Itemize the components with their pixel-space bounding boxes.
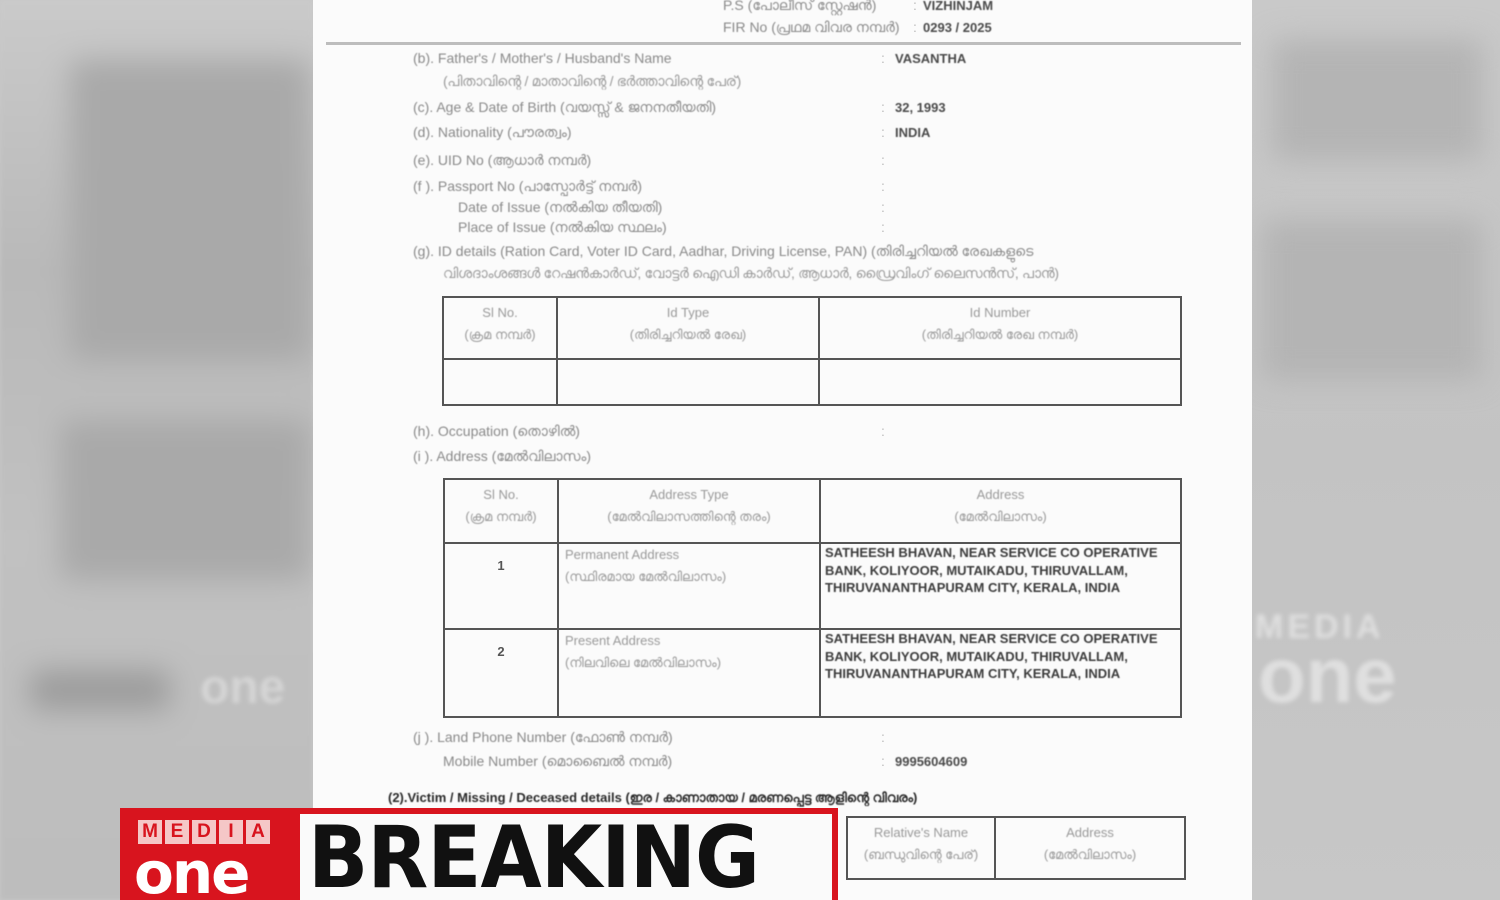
field-mobile-label: Mobile Number (മൊബൈൽ നമ്പർ) <box>443 753 672 770</box>
breaking-label-box: BREAKING <box>300 814 832 900</box>
section-2-title: (2).Victim / Missing / Deceased details … <box>388 790 917 806</box>
table-row <box>443 359 1181 405</box>
field-passport-label: (f ). Passport No (പാസ്പോർട്ട് നമ്പർ) <box>413 178 642 195</box>
address-table-header-address: Address(മേൽവിലാസം) <box>821 480 1180 528</box>
relative-table: Relative's Name(ബന്ധുവിന്റെ പേര്) Addres… <box>846 816 1186 880</box>
field-address-label: (i ). Address (മേൽവിലാസം) <box>413 448 591 465</box>
field-age-label: (c). Age & Date of Birth (വയസ്സ് & ജനനതീ… <box>413 99 716 116</box>
fir-label: FIR No (പ്രഥമ വിവര നമ്പർ) <box>723 19 900 36</box>
id-table-header-number: Id Number(തിരിച്ചറിയൽ രേഖ നമ്പർ) <box>820 298 1180 346</box>
logo-one-text: one <box>134 844 248 900</box>
address-value: SATHEESH BHAVAN, NEAR SERVICE CO OPERATI… <box>821 544 1180 597</box>
address-table-header-type: Address Type(മേൽവിലാസത്തിന്റെ തരം) <box>559 480 819 528</box>
field-parent-name-label: (b). Father's / Mother's / Husband's Nam… <box>413 50 672 66</box>
address-table: Sl No.(ക്രമ നമ്പർ) Address Type(മേൽവിലാസ… <box>443 478 1182 718</box>
field-nationality-label: (d). Nationality (പൗരത്വം) <box>413 124 572 141</box>
address-table-header-slno: Sl No.(ക്രമ നമ്പർ) <box>445 480 557 528</box>
relative-table-header-name: Relative's Name(ബന്ധുവിന്റെ പേര്) <box>848 818 994 866</box>
field-age-value: 32, 1993 <box>895 100 946 115</box>
field-occupation-label: (h). Occupation (തൊഴിൽ) <box>413 423 580 440</box>
relative-table-header-address: Address(മേൽവിലാസം) <box>996 818 1184 866</box>
divider <box>326 42 1241 45</box>
address-type: Permanent Address(സ്ഥിരമായ മേൽവിലാസം) <box>559 544 819 588</box>
row-sno: 1 <box>445 544 557 573</box>
ps-value: VIZHINJAM <box>923 0 993 13</box>
fir-document: P.S (പോലീസ് സ്റ്റേഷൻ) : VIZHINJAM FIR No… <box>313 0 1252 900</box>
field-passport-date-label: Date of Issue (നൽകിയ തീയതി) <box>458 199 662 216</box>
field-id-details-label: (g). ID details (Ration Card, Voter ID C… <box>413 243 1033 260</box>
field-mobile-value: 9995604609 <box>895 754 967 769</box>
field-parent-name-label-ml: (പിതാവിന്റെ / മാതാവിന്റെ / ഭർത്താവിന്റെ … <box>443 73 741 90</box>
watermark-left: one <box>200 660 285 715</box>
field-parent-name-value: VASANTHA <box>895 51 966 66</box>
mediaone-logo: MEDIA one <box>128 814 296 900</box>
field-land-phone-label: (j ). Land Phone Number (ഫോൺ നമ്പർ) <box>413 729 673 746</box>
fir-number: 0293 / 2025 <box>923 20 992 35</box>
breaking-news-ticker: MEDIA one BREAKING <box>120 808 838 900</box>
address-type: Present Address(നിലവിലെ മേൽവിലാസം) <box>559 630 819 674</box>
breaking-label: BREAKING <box>308 810 759 900</box>
table-row: 1 Permanent Address(സ്ഥിരമായ മേൽവിലാസം) … <box>444 543 1181 629</box>
field-nationality-value: INDIA <box>895 125 930 140</box>
row-sno: 2 <box>445 630 557 659</box>
id-details-table: Sl No.(ക്രമ നമ്പർ) Id Type(തിരിച്ചറിയൽ ര… <box>442 296 1182 406</box>
field-id-details-label-ml: വിശദാംശങ്ങൾ റേഷൻകാർഡ്, വോട്ടർ ഐഡി കാർഡ്,… <box>443 265 1059 282</box>
ps-label: P.S (പോലീസ് സ്റ്റേഷൻ) <box>723 0 876 14</box>
address-value: SATHEESH BHAVAN, NEAR SERVICE CO OPERATI… <box>821 630 1180 683</box>
field-passport-place-label: Place of Issue (നൽകിയ സ്ഥലം) <box>458 219 667 236</box>
watermark-right-bottom: one <box>1258 630 1397 721</box>
id-table-header-type: Id Type(തിരിച്ചറിയൽ രേഖ) <box>558 298 818 346</box>
table-row: 2 Present Address(നിലവിലെ മേൽവിലാസം) SAT… <box>444 629 1181 717</box>
field-uid-label: (e). UID No (ആധാർ നമ്പർ) <box>413 152 591 169</box>
blurred-background-right <box>1252 0 1500 900</box>
blurred-background-left <box>0 0 313 900</box>
id-table-header-slno: Sl No.(ക്രമ നമ്പർ) <box>444 298 556 346</box>
